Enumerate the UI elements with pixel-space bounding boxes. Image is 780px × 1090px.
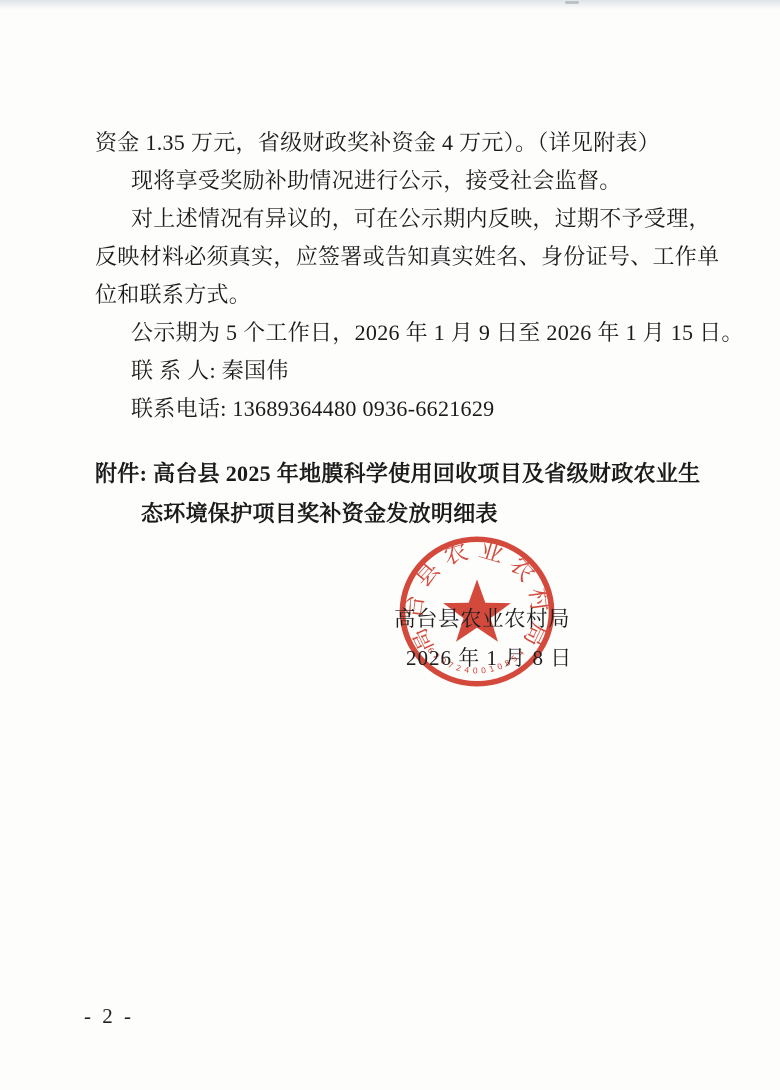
body-line: 资金 1.35 万元，省级财政奖补资金 4 万元）。（详见附表）	[95, 124, 695, 162]
scan-speck-artifact	[565, 1, 579, 4]
signature-date: 2026 年 1 月 8 日	[406, 642, 572, 672]
scan-edge-artifact	[0, 0, 780, 10]
body-line: 对上述情况有异议的，可在公示期内反映，过期不予受理，	[95, 200, 695, 238]
attachment-note: 附件: 高台县 2025 年地膜科学使用回收项目及省级财政农业生 态环境保护项目…	[95, 454, 715, 534]
body-line-contact-phone: 联系电话: 13689364480 0936-6621629	[95, 390, 695, 428]
signature-org: 高台县农业农村局	[394, 602, 570, 633]
body-line: 反映材料必须真实，应签署或告知真实姓名、身份证号、工作单	[95, 238, 695, 276]
page-number: - 2 -	[84, 1004, 134, 1029]
body-line: 现将享受奖励补助情况进行公示，接受社会监督。	[95, 162, 695, 200]
body-text: 资金 1.35 万元，省级财政奖补资金 4 万元）。（详见附表） 现将享受奖励补…	[95, 124, 695, 428]
body-line-contact-person: 联 系 人: 秦国伟	[95, 352, 695, 390]
body-line: 公示期为 5 个工作日，2026 年 1 月 9 日至 2026 年 1 月 1…	[95, 314, 695, 352]
body-line: 位和联系方式。	[95, 276, 695, 314]
scanned-document-page: 资金 1.35 万元，省级财政奖补资金 4 万元）。（详见附表） 现将享受奖励补…	[0, 0, 780, 1090]
attachment-line-1: 附件: 高台县 2025 年地膜科学使用回收项目及省级财政农业生	[95, 454, 715, 494]
attachment-line-2: 态环境保护项目奖补资金发放明细表	[95, 494, 715, 534]
